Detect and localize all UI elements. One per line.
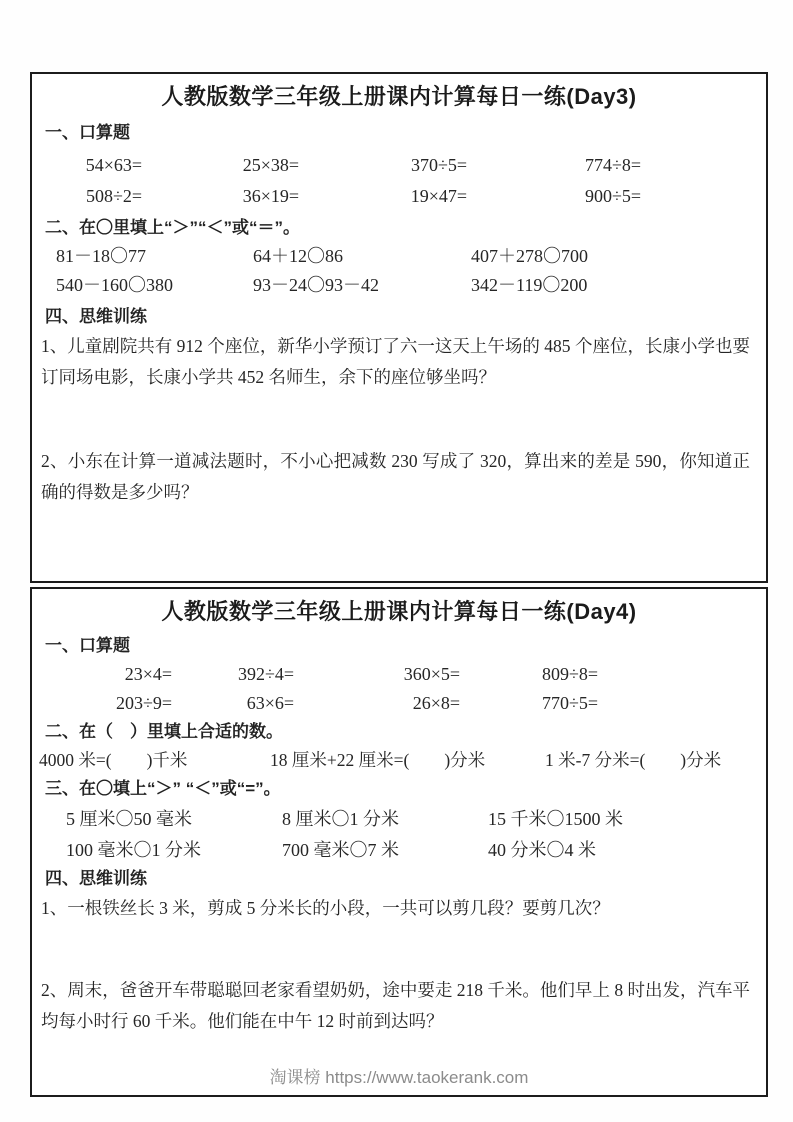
section-heading: 四、思维训练 bbox=[32, 867, 766, 891]
worksheet-title: 人教版数学三年级上册课内计算每日一练(Day4) bbox=[32, 598, 766, 626]
fill-expression: 18 厘米+22 厘米=( )分米 bbox=[270, 746, 545, 775]
compare-row: 5 厘米〇50 毫米 8 厘米〇1 分米 15 千米〇1500 米 bbox=[32, 805, 766, 834]
section-compare: 二、在〇里填上“＞”“＜”或“＝”。 81－18〇77 64＋12〇86 407… bbox=[32, 216, 766, 300]
worksheet-page: 人教版数学三年级上册课内计算每日一练(Day3) 一、口算题 54×63= 25… bbox=[0, 0, 793, 1122]
section-compare-units: 三、在〇填上“＞” “＜”或“=”。 5 厘米〇50 毫米 8 厘米〇1 分米 … bbox=[32, 777, 766, 865]
compare-expression: 540－160〇380 bbox=[56, 271, 253, 300]
math-expression: 25×38= bbox=[142, 151, 299, 180]
section-fill-number: 二、在（ ）里填上合适的数。 4000 米=( )千米 18 厘米+22 厘米=… bbox=[32, 720, 766, 775]
section-heading: 二、在〇里填上“＞”“＜”或“＝”。 bbox=[32, 216, 766, 240]
math-expression: 36×19= bbox=[142, 182, 299, 211]
math-expression: 809÷8= bbox=[460, 660, 598, 689]
math-expression: 23×4= bbox=[32, 660, 172, 689]
compare-expression: 100 毫米〇1 分米 bbox=[66, 836, 282, 865]
math-expression: 54×63= bbox=[32, 151, 142, 180]
math-expression: 508÷2= bbox=[32, 182, 142, 211]
compare-expression: 407＋278〇700 bbox=[471, 242, 766, 271]
worksheet-card-day4: 人教版数学三年级上册课内计算每日一练(Day4) 一、口算题 23×4= 392… bbox=[30, 587, 768, 1097]
math-expression: 203÷9= bbox=[32, 689, 172, 718]
fill-expression: 4000 米=( )千米 bbox=[39, 746, 270, 775]
site-watermark: 淘课榜 https://www.taokerank.com bbox=[32, 1063, 766, 1088]
math-expression: 774÷8= bbox=[467, 151, 641, 180]
compare-row: 540－160〇380 93－24〇93－42 342－119〇200 bbox=[32, 271, 766, 300]
compare-expression: 342－119〇200 bbox=[471, 271, 766, 300]
math-expression: 900÷5= bbox=[467, 182, 641, 211]
oral-row: 54×63= 25×38= 370÷5= 774÷8= bbox=[32, 151, 766, 180]
compare-expression: 81－18〇77 bbox=[56, 242, 253, 271]
word-problem-2: 2、周末，爸爸开车带聪聪回老家看望奶奶，途中要走 218 千米。他们早上 8 时… bbox=[32, 975, 766, 1037]
compare-expression: 64＋12〇86 bbox=[253, 242, 471, 271]
section-thinking-training: 四、思维训练 1、儿童剧院共有 912 个座位，新华小学预订了六一这天上午场的 … bbox=[32, 305, 766, 508]
math-expression: 19×47= bbox=[299, 182, 467, 211]
math-expression: 360×5= bbox=[294, 660, 460, 689]
compare-expression: 93－24〇93－42 bbox=[253, 271, 471, 300]
section-oral-calculation: 一、口算题 54×63= 25×38= 370÷5= 774÷8= 508÷2=… bbox=[32, 121, 766, 211]
fill-expression: 1 米-7 分米=( )分米 bbox=[545, 746, 766, 775]
math-expression: 392÷4= bbox=[172, 660, 294, 689]
math-expression: 26×8= bbox=[294, 689, 460, 718]
section-oral-calculation: 一、口算题 23×4= 392÷4= 360×5= 809÷8= 203÷9= … bbox=[32, 634, 766, 718]
word-problem-2: 2、小东在计算一道减法题时，不小心把减数 230 写成了 320，算出来的差是 … bbox=[32, 446, 766, 508]
oral-row: 203÷9= 63×6= 26×8= 770÷5= bbox=[32, 689, 766, 718]
compare-expression: 700 毫米〇7 米 bbox=[282, 836, 488, 865]
math-expression: 370÷5= bbox=[299, 151, 467, 180]
oral-row: 23×4= 392÷4= 360×5= 809÷8= bbox=[32, 660, 766, 689]
section-heading: 三、在〇填上“＞” “＜”或“=”。 bbox=[32, 777, 766, 801]
compare-expression: 40 分米〇4 米 bbox=[488, 836, 766, 865]
compare-expression: 15 千米〇1500 米 bbox=[488, 805, 766, 834]
section-heading: 一、口算题 bbox=[32, 634, 766, 658]
worksheet-card-day3: 人教版数学三年级上册课内计算每日一练(Day3) 一、口算题 54×63= 25… bbox=[30, 72, 768, 583]
section-heading: 四、思维训练 bbox=[32, 305, 766, 329]
compare-row: 100 毫米〇1 分米 700 毫米〇7 米 40 分米〇4 米 bbox=[32, 836, 766, 865]
math-expression: 770÷5= bbox=[460, 689, 598, 718]
section-heading: 二、在（ ）里填上合适的数。 bbox=[32, 720, 766, 744]
word-problem-1: 1、儿童剧院共有 912 个座位，新华小学预订了六一这天上午场的 485 个座位… bbox=[32, 331, 766, 393]
word-problem-1: 1、一根铁丝长 3 米，剪成 5 分米长的小段，一共可以剪几段？要剪几次？ bbox=[32, 893, 766, 924]
compare-row: 81－18〇77 64＋12〇86 407＋278〇700 bbox=[32, 242, 766, 271]
fill-row: 4000 米=( )千米 18 厘米+22 厘米=( )分米 1 米-7 分米=… bbox=[32, 746, 766, 775]
compare-expression: 5 厘米〇50 毫米 bbox=[66, 805, 282, 834]
oral-row: 508÷2= 36×19= 19×47= 900÷5= bbox=[32, 182, 766, 211]
math-expression: 63×6= bbox=[172, 689, 294, 718]
compare-expression: 8 厘米〇1 分米 bbox=[282, 805, 488, 834]
section-thinking-training: 四、思维训练 1、一根铁丝长 3 米，剪成 5 分米长的小段，一共可以剪几段？要… bbox=[32, 867, 766, 1037]
worksheet-title: 人教版数学三年级上册课内计算每日一练(Day3) bbox=[32, 83, 766, 111]
section-heading: 一、口算题 bbox=[32, 121, 766, 145]
